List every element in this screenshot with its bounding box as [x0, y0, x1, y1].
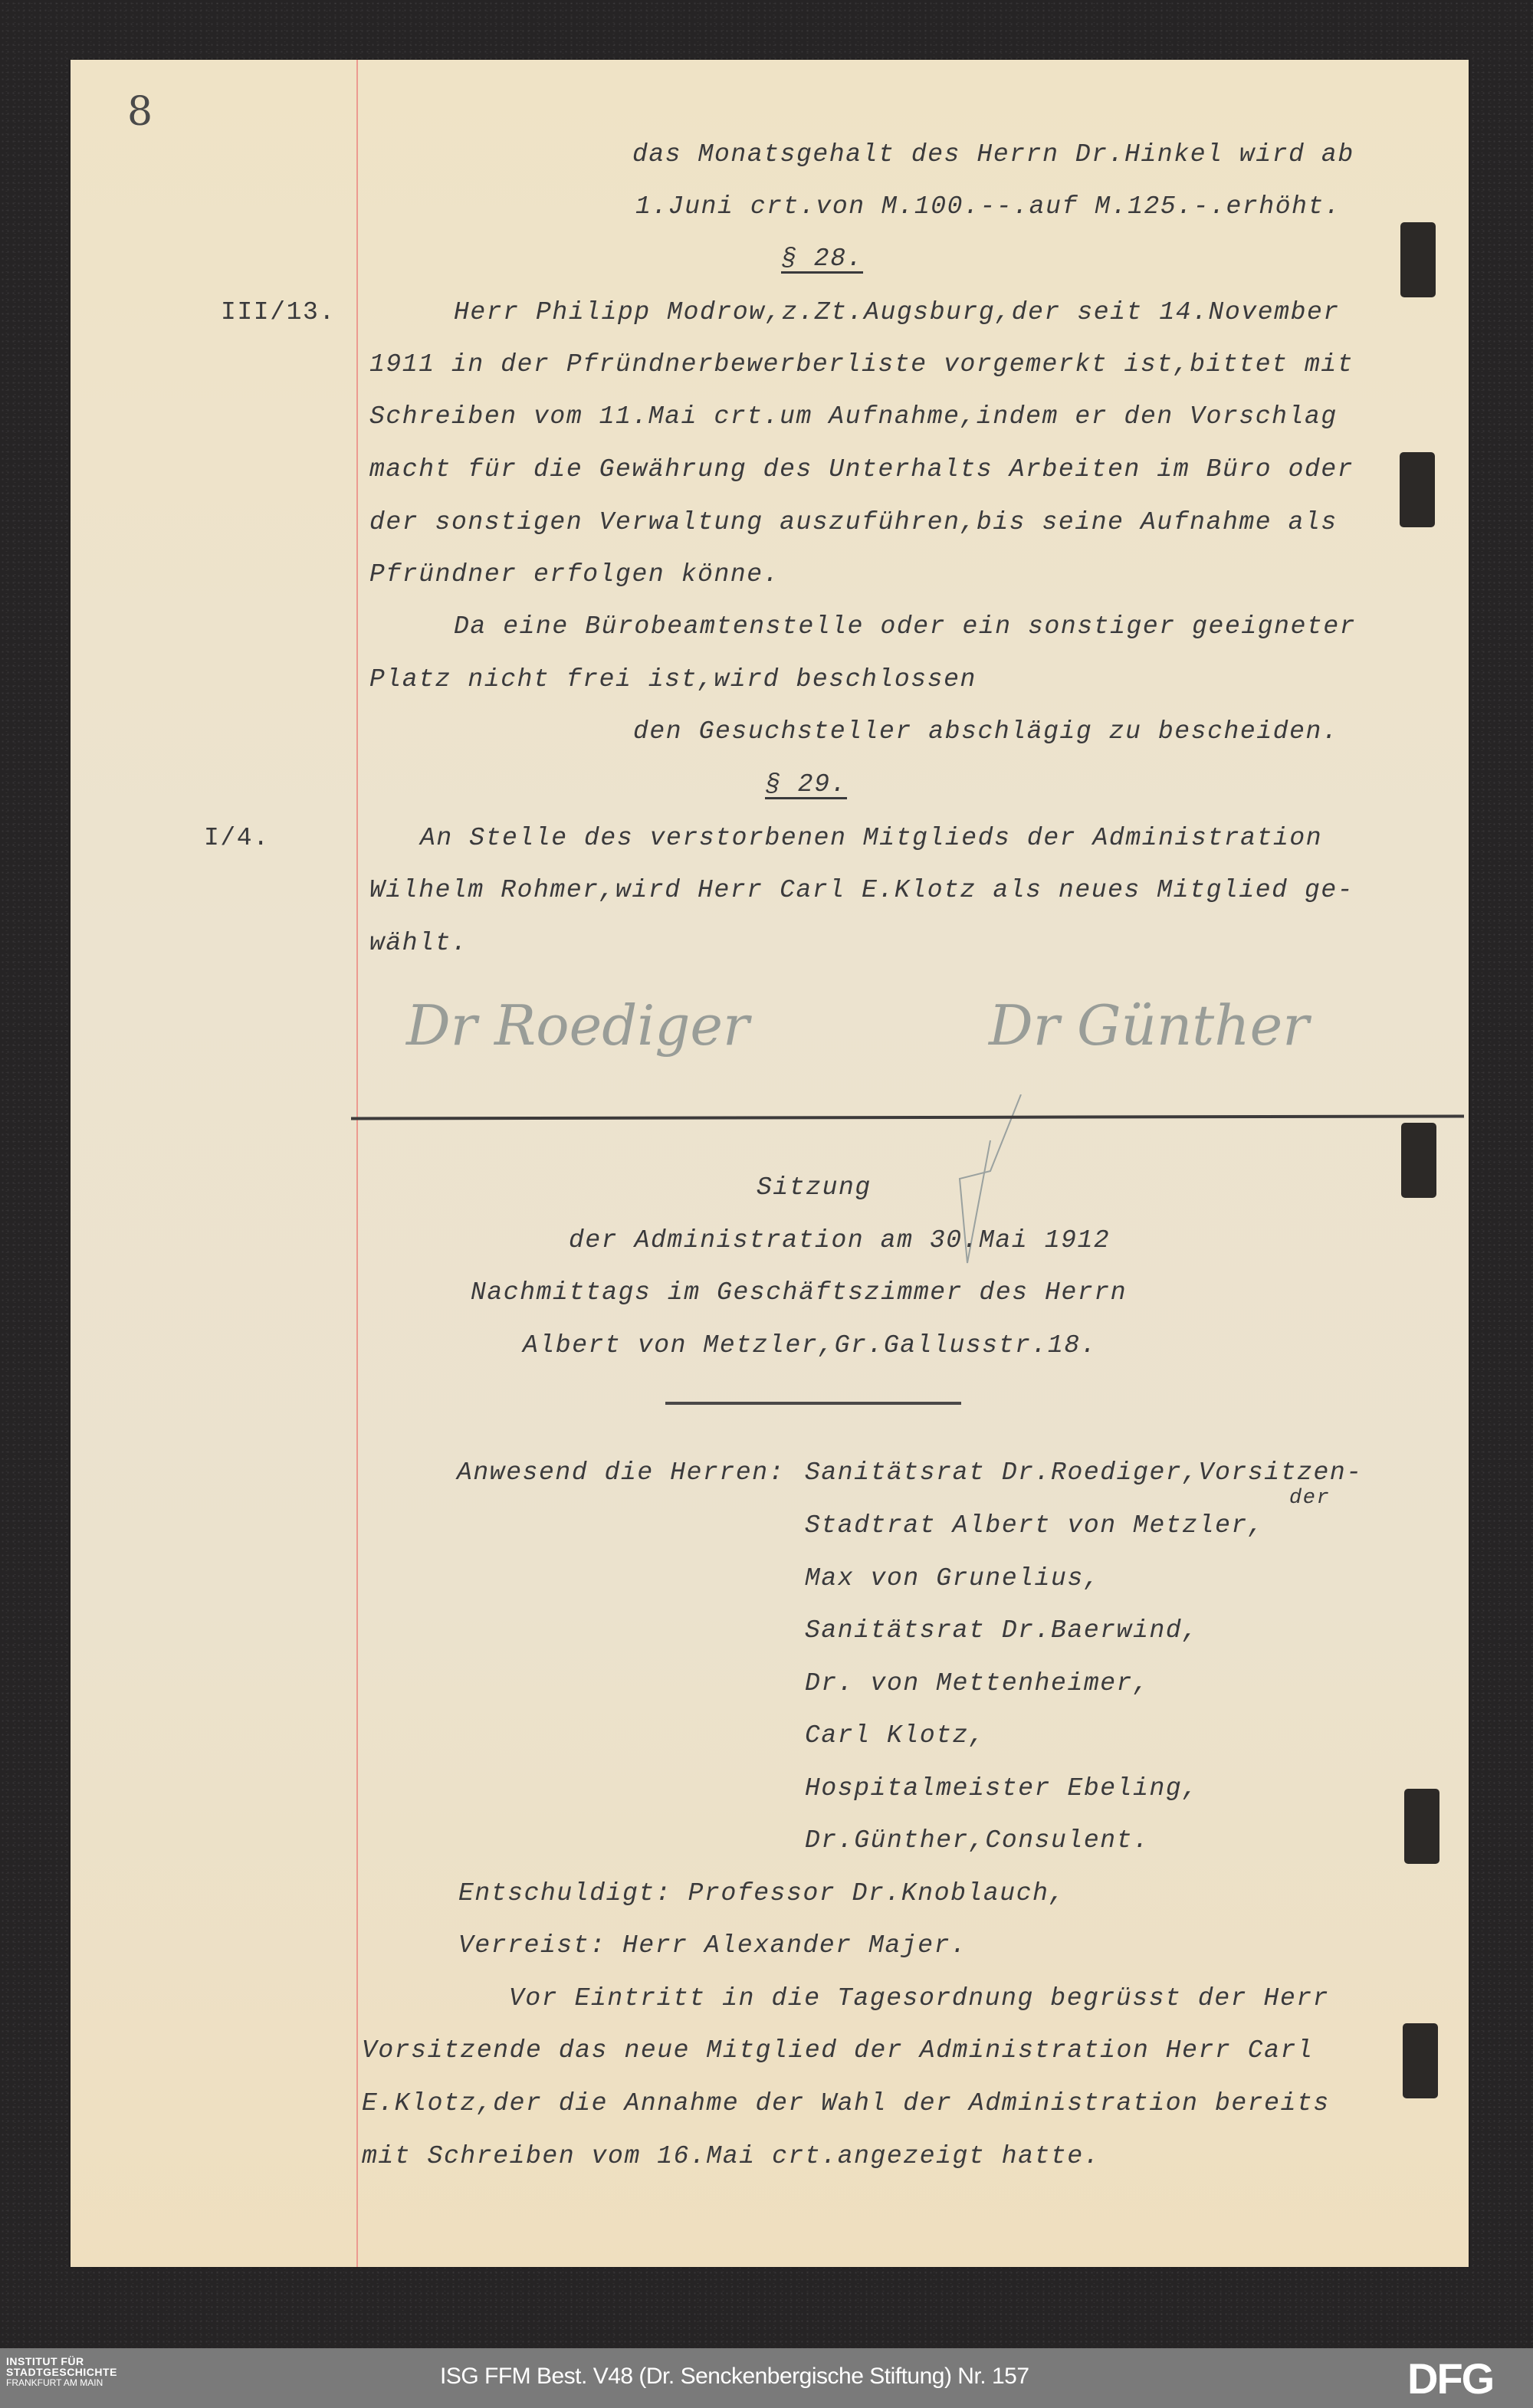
attendee: Dr.Günther,Consulent.	[805, 1826, 1149, 1856]
travelling-line: Verreist: Herr Alexander Majer.	[458, 1931, 967, 1961]
attendee: Sanitätsrat Dr.Roediger,Vorsitzen-	[805, 1458, 1363, 1488]
attendee: Sanitätsrat Dr.Baerwind,	[805, 1616, 1199, 1646]
margin-reference: I/4.	[204, 823, 270, 854]
section-divider	[351, 1114, 1464, 1120]
attendee: Stadtrat Albert von Metzler,	[805, 1511, 1264, 1541]
text-line: Da eine Bürobeamtenstelle oder ein sonst…	[454, 612, 1356, 642]
dfg-logo: DFG	[1407, 2357, 1493, 2400]
text-line: Herr Philipp Modrow,z.Zt.Augsburg,der se…	[454, 297, 1340, 328]
archive-footer: INSTITUT FÜR STADTGESCHICHTE FRANKFURT A…	[0, 2348, 1533, 2408]
text-line: macht für die Gewährung des Unterhalts A…	[369, 454, 1354, 485]
session-line: der Administration am 30.Mai 1912	[569, 1225, 1110, 1256]
page-number: 8	[127, 89, 153, 135]
institute-line: STADTGESCHICHTE	[6, 2367, 117, 2377]
binding-tab	[1404, 1789, 1439, 1864]
institute-line: INSTITUT FÜR	[6, 2356, 117, 2367]
text-line: Vor Eintritt in die Tagesordnung begrüss…	[509, 1983, 1329, 2014]
resolution-line: den Gesuchsteller abschlägig zu bescheid…	[633, 717, 1338, 747]
attendee: Dr. von Mettenheimer,	[805, 1668, 1149, 1699]
section-heading-29: § 29.	[765, 769, 847, 800]
institute-line: FRANKFURT AM MAIN	[6, 2377, 117, 2388]
binding-tab	[1400, 452, 1435, 527]
margin-reference: III/13.	[221, 297, 336, 328]
binding-tab	[1401, 1123, 1436, 1198]
institute-logo: INSTITUT FÜR STADTGESCHICHTE FRANKFURT A…	[6, 2356, 117, 2388]
text-line: 1.Juni crt.von M.100.--.auf M.125.-.erhö…	[635, 192, 1341, 222]
session-line: Albert von Metzler,Gr.Gallusstr.18.	[523, 1330, 1097, 1361]
text-line: Vorsitzende das neue Mitglied der Admini…	[362, 2036, 1313, 2066]
attendee-continuation: der	[1289, 1483, 1330, 1514]
section-heading-28: § 28.	[781, 244, 863, 274]
text-line: E.Klotz,der die Annahme der Wahl der Adm…	[362, 2088, 1330, 2119]
binding-tab	[1400, 222, 1436, 297]
present-label: Anwesend die Herren:	[457, 1458, 785, 1488]
signature-roediger: Dr Roediger	[406, 993, 749, 1058]
attendee: Max von Grunelius,	[805, 1563, 1100, 1594]
archive-reference: ISG FFM Best. V48 (Dr. Senckenbergische …	[440, 2364, 1029, 2390]
short-divider	[665, 1402, 961, 1405]
signature-guenther: Dr Günther	[989, 993, 1309, 1058]
text-line: Pfründner erfolgen könne.	[369, 559, 780, 590]
text-line: der sonstigen Verwaltung auszuführen,bis…	[369, 507, 1338, 538]
text-line: Platz nicht frei ist,wird beschlossen	[369, 664, 977, 695]
text-line: das Monatsgehalt des Herrn Dr.Hinkel wir…	[632, 139, 1354, 170]
session-line: Nachmittags im Geschäftszimmer des Herrn	[471, 1278, 1127, 1308]
text-line: Schreiben vom 11.Mai crt.um Aufnahme,ind…	[369, 402, 1338, 432]
attendee: Carl Klotz,	[805, 1721, 985, 1751]
document-page: 8 das Monatsgehalt des Herrn Dr.Hinkel w…	[71, 60, 1469, 2267]
binding-tab	[1403, 2023, 1438, 2098]
attendee: Hospitalmeister Ebeling,	[805, 1773, 1199, 1804]
text-line: wählt.	[369, 928, 468, 959]
text-line: mit Schreiben vom 16.Mai crt.angezeigt h…	[362, 2141, 1100, 2172]
session-title: Sitzung	[757, 1173, 872, 1203]
text-line: 1911 in der Pfründnerbewerberliste vorge…	[369, 349, 1354, 380]
text-line: Wilhelm Rohmer,wird Herr Carl E.Klotz al…	[369, 875, 1354, 906]
excused-line: Entschuldigt: Professor Dr.Knoblauch,	[458, 1878, 1065, 1909]
margin-line	[356, 60, 358, 2267]
text-line: An Stelle des verstorbenen Mitglieds der…	[420, 823, 1322, 854]
